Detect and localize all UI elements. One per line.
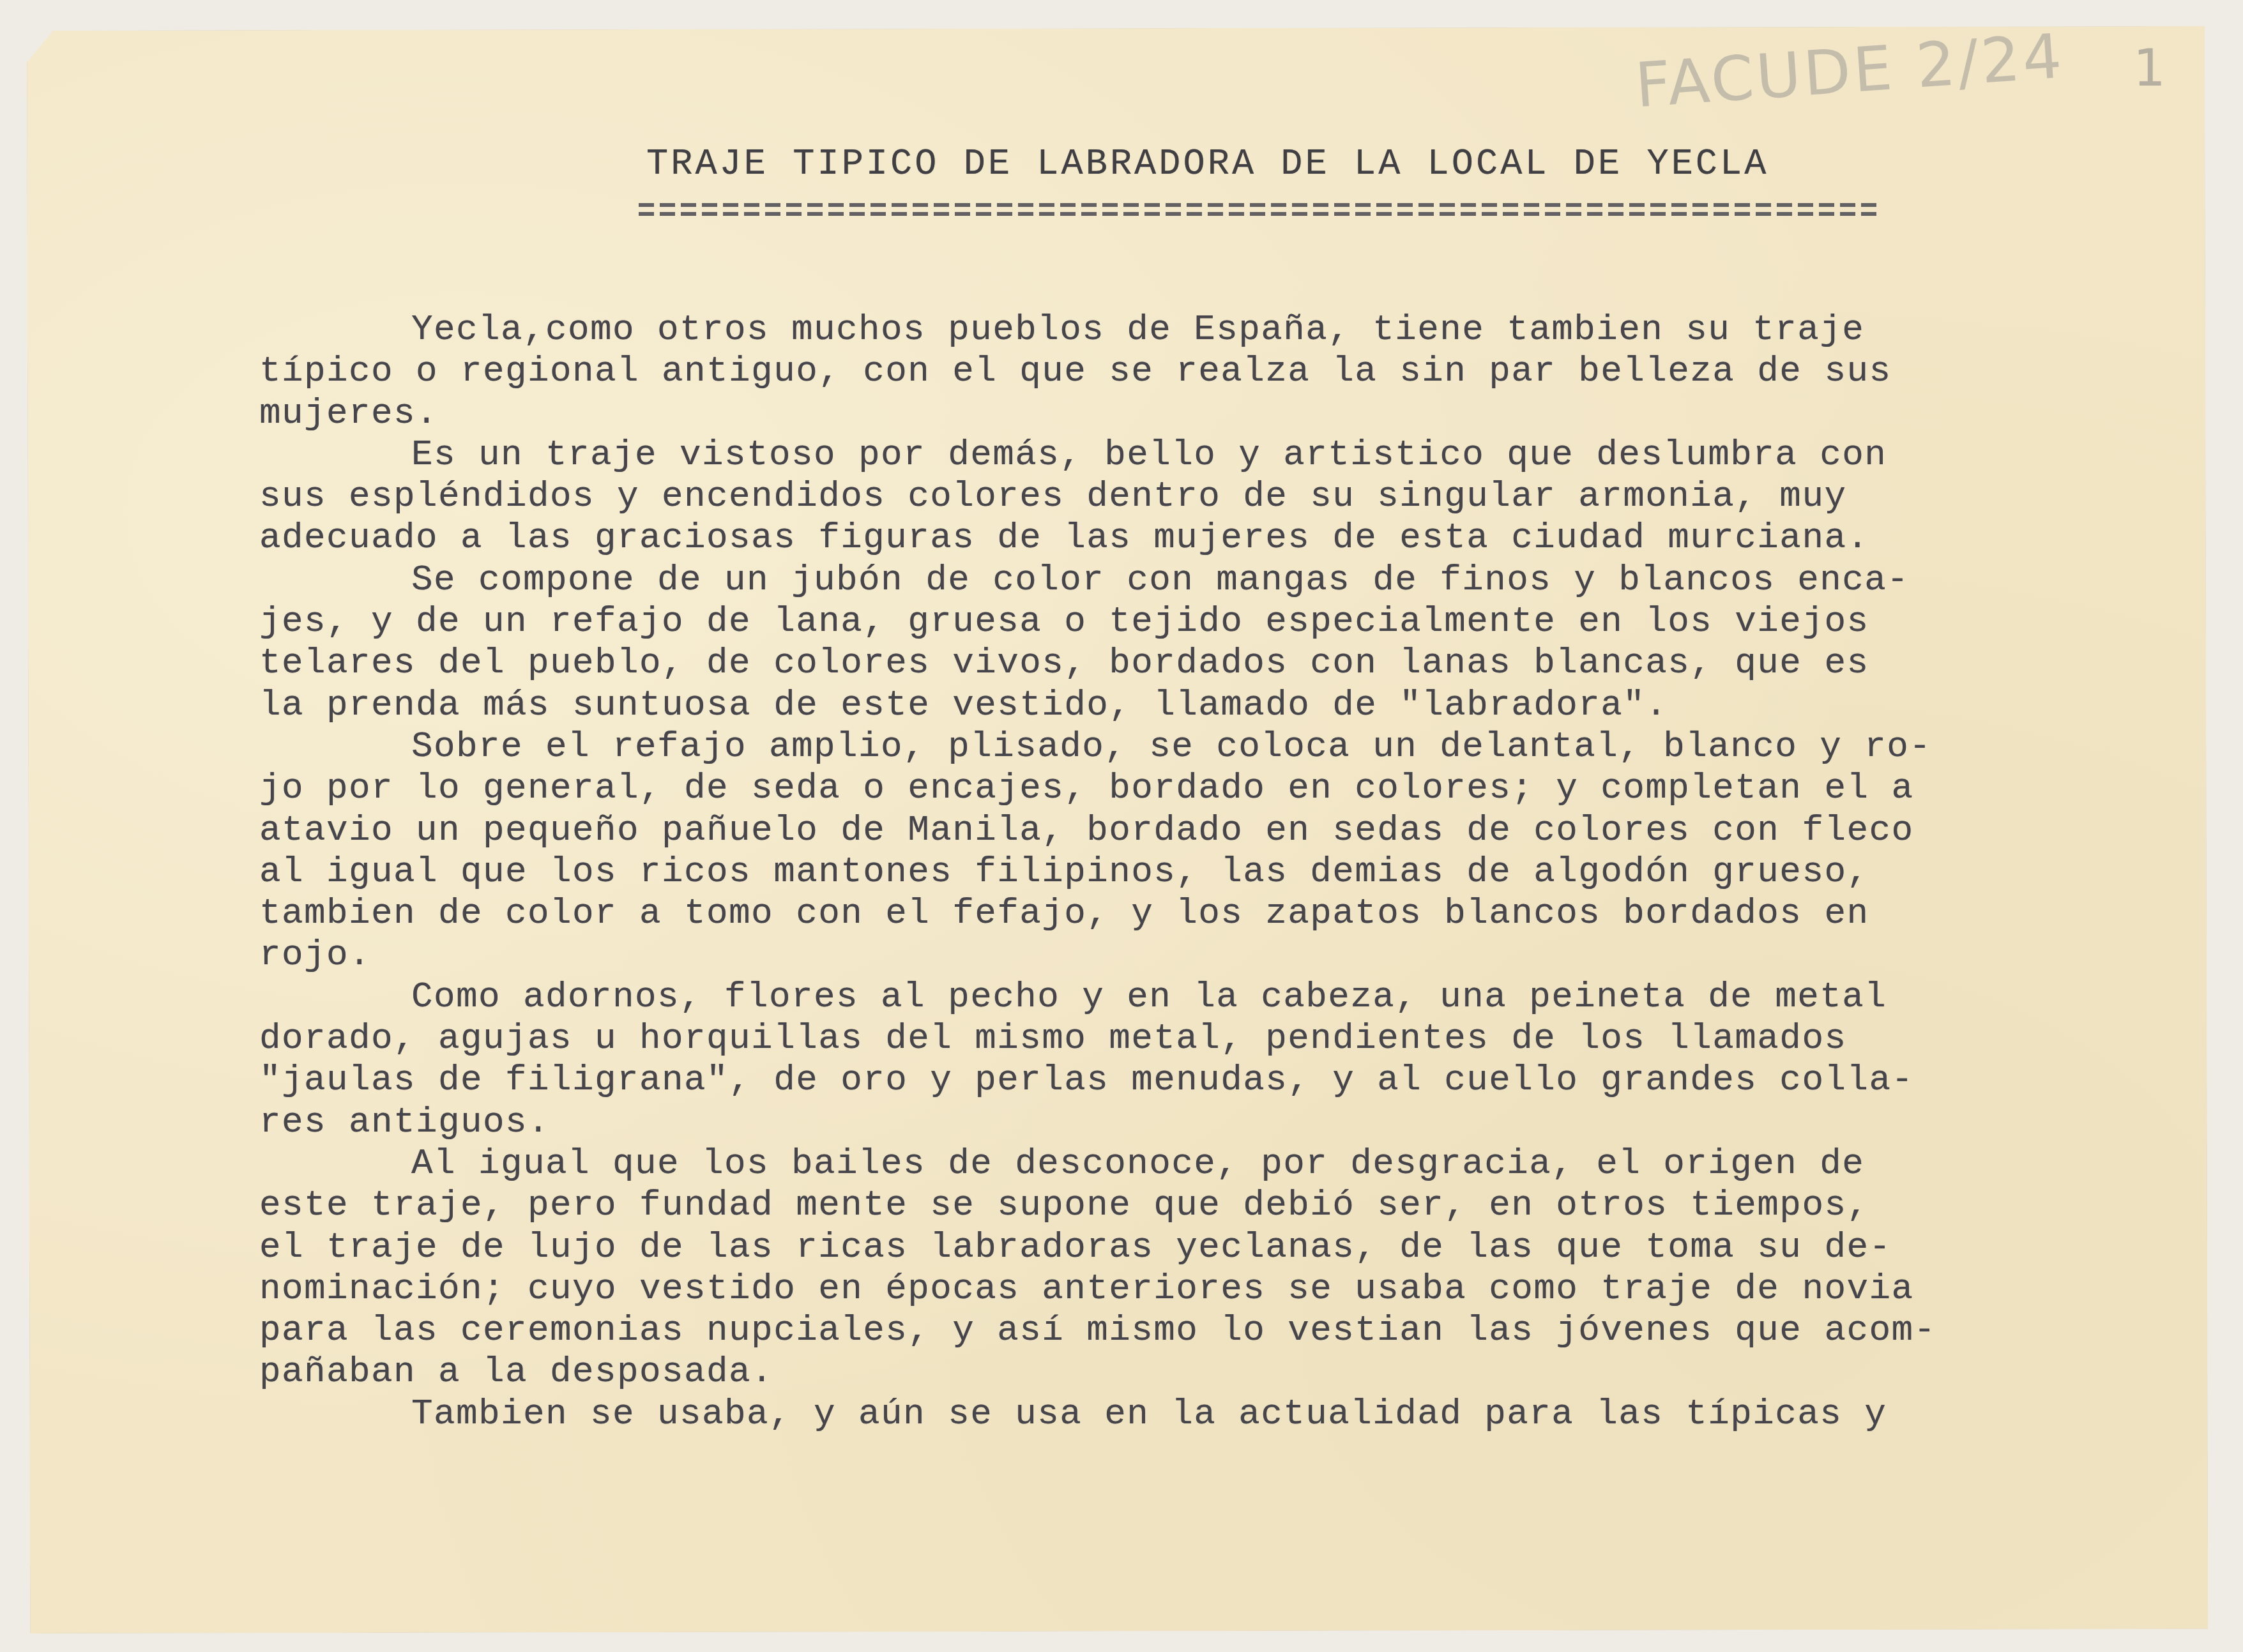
- text-line: Sobre el refajo amplio, plisado, se colo…: [259, 726, 2214, 768]
- text-line: para las ceremonias nupciales, y así mis…: [259, 1310, 2214, 1351]
- text-line: jo por lo general, de seda o encajes, bo…: [259, 768, 2214, 809]
- page-number: 1: [2133, 38, 2166, 98]
- text-line: sus espléndidos y encendidos colores den…: [259, 476, 2214, 517]
- text-line: adecuado a las graciosas figuras de las …: [259, 517, 2214, 559]
- text-line: la prenda más suntuosa de este vestido, …: [259, 685, 2214, 726]
- text-line: dorado, agujas u horquillas del mismo me…: [259, 1018, 2214, 1059]
- text-line: Tambien se usaba, y aún se usa en la act…: [259, 1393, 2214, 1435]
- title-underline: [639, 203, 1878, 217]
- text-line: Yecla,como otros muchos pueblos de Españ…: [259, 309, 2214, 351]
- document-body: Yecla,como otros muchos pueblos de Españ…: [259, 309, 2214, 1435]
- text-line: telares del pueblo, de colores vivos, bo…: [259, 642, 2214, 684]
- text-line: pañaban a la desposada.: [259, 1351, 2214, 1393]
- text-line: típico o regional antiguo, con el que se…: [259, 351, 2214, 392]
- text-line: Al igual que los bailes de desconoce, po…: [259, 1143, 2214, 1185]
- text-line: res antiguos.: [259, 1102, 2214, 1143]
- text-line: atavio un pequeño pañuelo de Manila, bor…: [259, 810, 2214, 851]
- text-line: mujeres.: [259, 393, 2214, 434]
- text-line: rojo.: [259, 934, 2214, 976]
- text-line: Como adornos, flores al pecho y en la ca…: [259, 976, 2214, 1018]
- text-line: tambien de color a tomo con el fefajo, y…: [259, 893, 2214, 934]
- text-line: al igual que los ricos mantones filipino…: [259, 851, 2214, 893]
- document-title: TRAJE TIPICO DE LABRADORA DE LA LOCAL DE…: [646, 144, 1768, 185]
- text-line: el traje de lujo de las ricas labradoras…: [259, 1227, 2214, 1268]
- text-line: jes, y de un refajo de lana, gruesa o te…: [259, 601, 2214, 642]
- text-line: Se compone de un jubón de color con mang…: [259, 559, 2214, 601]
- text-line: este traje, pero fundad mente se supone …: [259, 1185, 2214, 1226]
- text-line: "jaulas de filigrana", de oro y perlas m…: [259, 1059, 2214, 1101]
- text-line: Es un traje vistoso por demás, bello y a…: [259, 434, 2214, 476]
- text-line: nominación; cuyo vestido en épocas anter…: [259, 1268, 2214, 1310]
